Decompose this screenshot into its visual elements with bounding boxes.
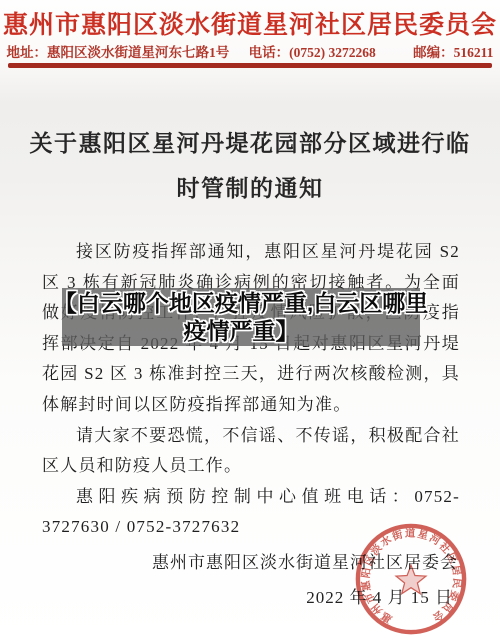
red-divider-line (8, 63, 492, 68)
notice-title-line2: 时管制的通知 (0, 166, 500, 211)
letterhead-phone: 电话：(0752) 3272268 (249, 41, 376, 61)
signature-org: 惠州市惠阳区淡水街道星河社区居委会 (152, 548, 458, 573)
caption-line2: 疫情严重】 (184, 317, 299, 345)
notice-document-photo: 惠州市惠阳区淡水街道星河社区居民委员会 地址：惠阳区淡水街道星河东七路1号 电话… (0, 0, 500, 643)
org-name: 惠州市惠阳区淡水街道星河社区居民委员会 (0, 5, 500, 41)
letterhead-contact: 地址：惠阳区淡水街道星河东七路1号 电话：(0752) 3272268 邮编：5… (0, 41, 500, 61)
paragraph-hotline: 惠阳疾病预防控制中心值班电话：0752-3727630 / 0752-37276… (42, 482, 460, 543)
signature-date: 2022 年 4 月 15 日 (306, 583, 453, 608)
notice-title: 关于惠阳区星河丹堤花园部分区域进行临 时管制的通知 (0, 121, 500, 211)
notice-title-line1: 关于惠阳区星河丹堤花园部分区域进行临 (0, 121, 500, 166)
paragraph-no-panic: 请大家不要恐慌，不信谣、不传谣，积极配合社区人员和防疫人员工作。 (42, 421, 460, 482)
notice-body: 接区防疫指挥部通知，惠阳区星河丹堤花园 S2 区 3 栋有新冠肺炎确诊病例的密切… (42, 237, 460, 543)
letterhead-postal-code: 邮编：516211 (413, 41, 493, 61)
caption-line1: 【白云哪个地区疫情严重,白云区哪里 (54, 289, 428, 317)
caption-overlay: 【白云哪个地区疫情严重,白云区哪里 疫情严重】 (62, 288, 420, 346)
letterhead-address: 地址：惠阳区淡水街道星河东七路1号 (7, 41, 230, 61)
